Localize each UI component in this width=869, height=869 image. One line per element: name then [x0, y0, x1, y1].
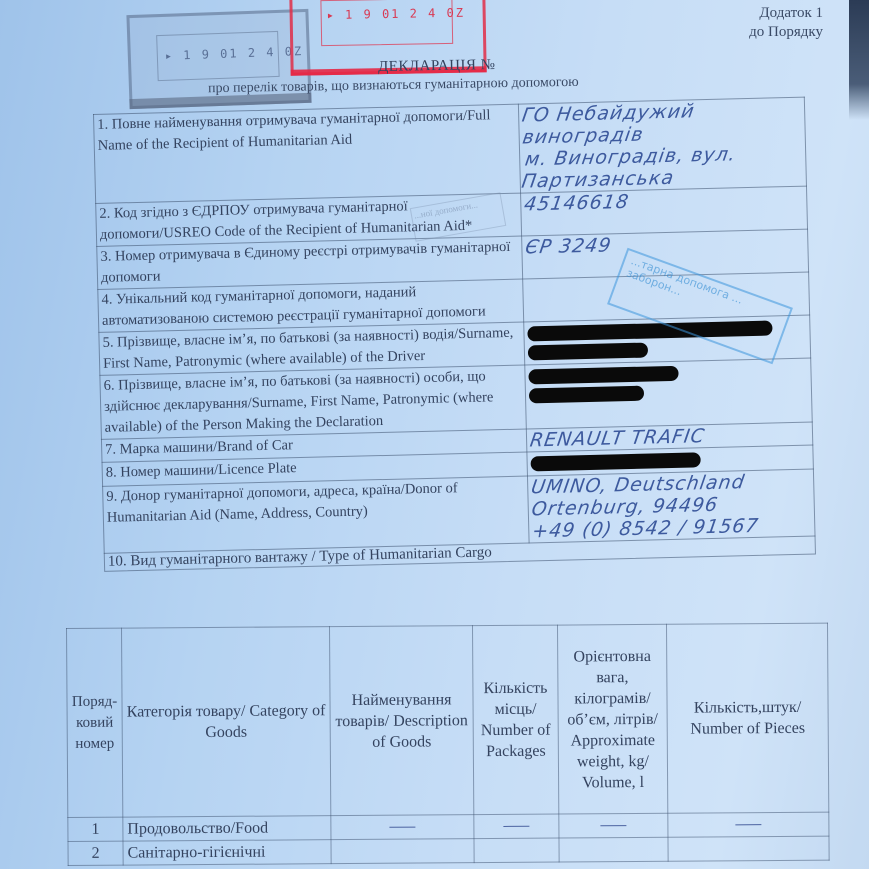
cargo-cell-description [331, 839, 474, 864]
cargo-table: Поряд-ковий номер Категорія товару/ Cate… [66, 623, 830, 866]
col-header-number: Поряд-ковий номер [67, 628, 123, 817]
document-title: ДЕКЛАРАЦІЯ № [378, 57, 496, 76]
col-header-description: Найменування товарів/ Description of Goo… [329, 626, 473, 816]
handwritten-dash [600, 825, 626, 826]
annex-line-2: до Порядку [749, 23, 823, 42]
field-value: ГО Небайдужийвиноградівм. Виноградів, ву… [518, 97, 806, 193]
cargo-cell-weight [559, 813, 668, 838]
cargo-table-wrapper: Поряд-ковий номер Категорія товару/ Cate… [66, 623, 830, 866]
cargo-cell-no: 1 [68, 817, 123, 841]
cargo-cell-category: Продовольство/Food [123, 816, 331, 841]
handwritten-dash [503, 826, 529, 827]
field-label: 1. Повне найменування отримувача гуманіт… [94, 104, 521, 203]
col-header-weight: Орієнтовна вага, кілограмів/ об’єм, літр… [557, 624, 667, 814]
cargo-cell-pieces [668, 812, 829, 837]
handwritten-dash [735, 824, 761, 825]
col-header-pieces: Кількість,штук/ Number of Pieces [666, 623, 828, 813]
redaction-mark [529, 386, 644, 404]
annex-line-1: Додаток 1 [749, 4, 823, 23]
handwritten-dash [389, 827, 415, 828]
cargo-cell-pieces [668, 836, 829, 861]
col-header-category: Категорія товару/ Category of Goods [122, 627, 331, 817]
redaction-mark [528, 366, 678, 385]
cargo-cell-packages [474, 814, 559, 839]
redaction-mark [528, 343, 648, 361]
photo-background-edge [849, 0, 869, 120]
redaction-mark [530, 452, 700, 471]
cargo-cell-description [331, 815, 474, 840]
cargo-header-row: Поряд-ковий номер Категорія товару/ Cate… [67, 623, 829, 817]
cargo-cell-category: Санітарно-гігієнічні [123, 840, 331, 865]
field-value [525, 358, 812, 429]
field-value: UMINO, DeutschlandOrtenburg, 94496+49 (0… [527, 469, 815, 543]
field-label: 9. Донор гуманітарної допомоги, адреса, … [103, 476, 530, 553]
stamp-number: ▸ 1 9 01 2 4 0Z [327, 6, 466, 22]
handwritten-entry: м. Виноградів, вул. Партизанська [520, 142, 806, 193]
field-label: 6. Прізвище, власне ім’я, по батькові (з… [100, 365, 526, 439]
col-header-packages: Кількість місць/ Number of Packages [472, 625, 558, 815]
cargo-row: 2Санітарно-гігієнічні [68, 836, 829, 865]
cargo-cell-weight [559, 837, 668, 862]
field-value: 45146618 [521, 186, 808, 236]
cargo-cell-packages [474, 838, 559, 863]
cargo-cell-no: 2 [68, 841, 123, 865]
annex-reference: Додаток 1 до Порядку [749, 4, 823, 42]
field-row: 1. Повне найменування отримувача гуманіт… [94, 97, 807, 203]
